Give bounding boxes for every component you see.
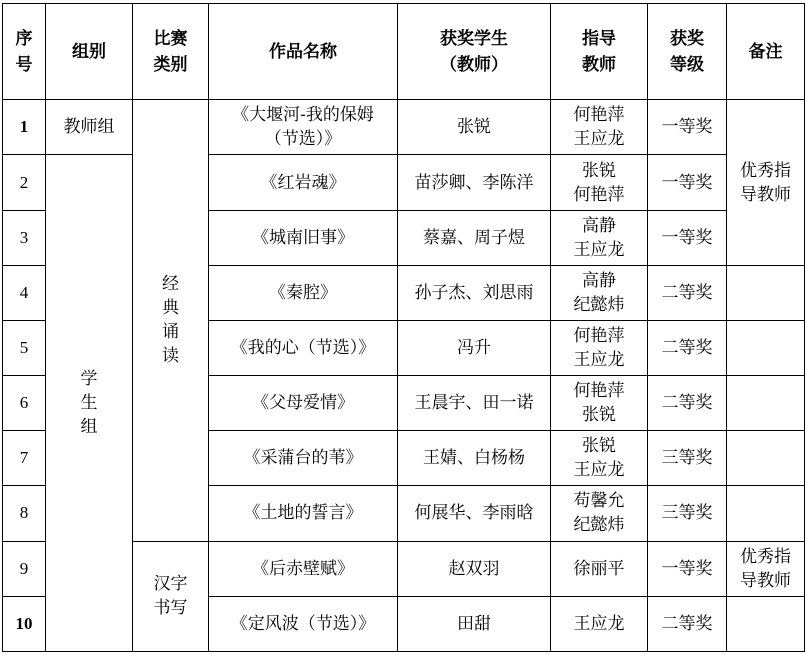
cell-instructor: 徐丽平 — [551, 541, 648, 596]
cell-award: 二等奖 — [648, 376, 727, 431]
cell-work: 《城南旧事》 — [209, 210, 398, 265]
awards-table: 序 号 组别 比赛 类别 作品名称 获奖学生 （教师） 指导 教师 获奖 等级 … — [2, 3, 805, 652]
cell-work: 《后赤壁赋》 — [209, 541, 398, 596]
header-group: 组别 — [46, 4, 133, 100]
cell-instructor: 张锐 王应龙 — [551, 431, 648, 486]
cell-award: 一等奖 — [648, 541, 727, 596]
cell-remark — [727, 265, 805, 320]
cell-students: 田甜 — [398, 596, 551, 651]
cell-award: 二等奖 — [648, 265, 727, 320]
header-students: 获奖学生 （教师） — [398, 4, 551, 100]
cell-instructor: 苟馨允 纪懿炜 — [551, 486, 648, 541]
cell-seq: 3 — [3, 210, 46, 265]
cell-instructor: 王应龙 — [551, 596, 648, 651]
cell-seq: 1 — [3, 100, 46, 155]
cell-seq: 7 — [3, 431, 46, 486]
cell-remark — [727, 486, 805, 541]
cell-remark — [727, 320, 805, 375]
cell-work: 《我的心（节选）》 — [209, 320, 398, 375]
cell-work: 《红岩魂》 — [209, 155, 398, 210]
cell-group-student: 学 生 组 — [46, 155, 133, 652]
cell-students: 孙子杰、刘思雨 — [398, 265, 551, 320]
cell-award: 一等奖 — [648, 155, 727, 210]
header-remark: 备注 — [727, 4, 805, 100]
cell-students: 何展华、李雨晗 — [398, 486, 551, 541]
cell-award: 一等奖 — [648, 100, 727, 155]
table-row: 2 学 生 组 《红岩魂》 苗莎卿、李陈洋 张锐 何艳萍 一等奖 — [3, 155, 805, 210]
header-category: 比赛 类别 — [133, 4, 209, 100]
header-award: 获奖 等级 — [648, 4, 727, 100]
cell-students: 王婧、白杨杨 — [398, 431, 551, 486]
cell-award: 二等奖 — [648, 596, 727, 651]
cell-students: 王晨宇、田一诺 — [398, 376, 551, 431]
table-row: 1 教师组 经 典 诵 读 《大堰河-我的保姆 （节选）》 张锐 何艳萍 王应龙… — [3, 100, 805, 155]
cell-students: 蔡嘉、周子煜 — [398, 210, 551, 265]
cell-seq: 9 — [3, 541, 46, 596]
cell-seq: 6 — [3, 376, 46, 431]
header-row: 序 号 组别 比赛 类别 作品名称 获奖学生 （教师） 指导 教师 获奖 等级 … — [3, 4, 805, 100]
cell-work: 《大堰河-我的保姆 （节选）》 — [209, 100, 398, 155]
cell-seq: 8 — [3, 486, 46, 541]
cell-award: 二等奖 — [648, 320, 727, 375]
header-work: 作品名称 — [209, 4, 398, 100]
cell-instructor: 何艳萍 张锐 — [551, 376, 648, 431]
cell-remark — [727, 596, 805, 651]
cell-work: 《采蒲台的苇》 — [209, 431, 398, 486]
cell-seq: 4 — [3, 265, 46, 320]
cell-category-recitation: 经 典 诵 读 — [133, 100, 209, 541]
cell-seq: 5 — [3, 320, 46, 375]
cell-work: 《秦腔》 — [209, 265, 398, 320]
cell-award: 三等奖 — [648, 431, 727, 486]
cell-award: 三等奖 — [648, 486, 727, 541]
cell-instructor: 高静 纪懿炜 — [551, 265, 648, 320]
cell-students: 张锐 — [398, 100, 551, 155]
cell-instructor: 高静 王应龙 — [551, 210, 648, 265]
cell-group-teacher: 教师组 — [46, 100, 133, 155]
cell-remark: 优秀指 导教师 — [727, 100, 805, 265]
header-instructor: 指导 教师 — [551, 4, 648, 100]
cell-work: 《土地的誓言》 — [209, 486, 398, 541]
cell-category-calligraphy: 汉字 书写 — [133, 541, 209, 651]
cell-students: 赵双羽 — [398, 541, 551, 596]
cell-instructor: 何艳萍 王应龙 — [551, 320, 648, 375]
cell-work: 《定风波（节选）》 — [209, 596, 398, 651]
cell-instructor: 张锐 何艳萍 — [551, 155, 648, 210]
cell-remark — [727, 376, 805, 431]
cell-students: 苗莎卿、李陈洋 — [398, 155, 551, 210]
header-seq: 序 号 — [3, 4, 46, 100]
cell-work: 《父母爱情》 — [209, 376, 398, 431]
cell-remark — [727, 431, 805, 486]
cell-students: 冯升 — [398, 320, 551, 375]
cell-seq: 10 — [3, 596, 46, 651]
cell-remark: 优秀指 导教师 — [727, 541, 805, 596]
cell-instructor: 何艳萍 王应龙 — [551, 100, 648, 155]
cell-award: 一等奖 — [648, 210, 727, 265]
cell-seq: 2 — [3, 155, 46, 210]
